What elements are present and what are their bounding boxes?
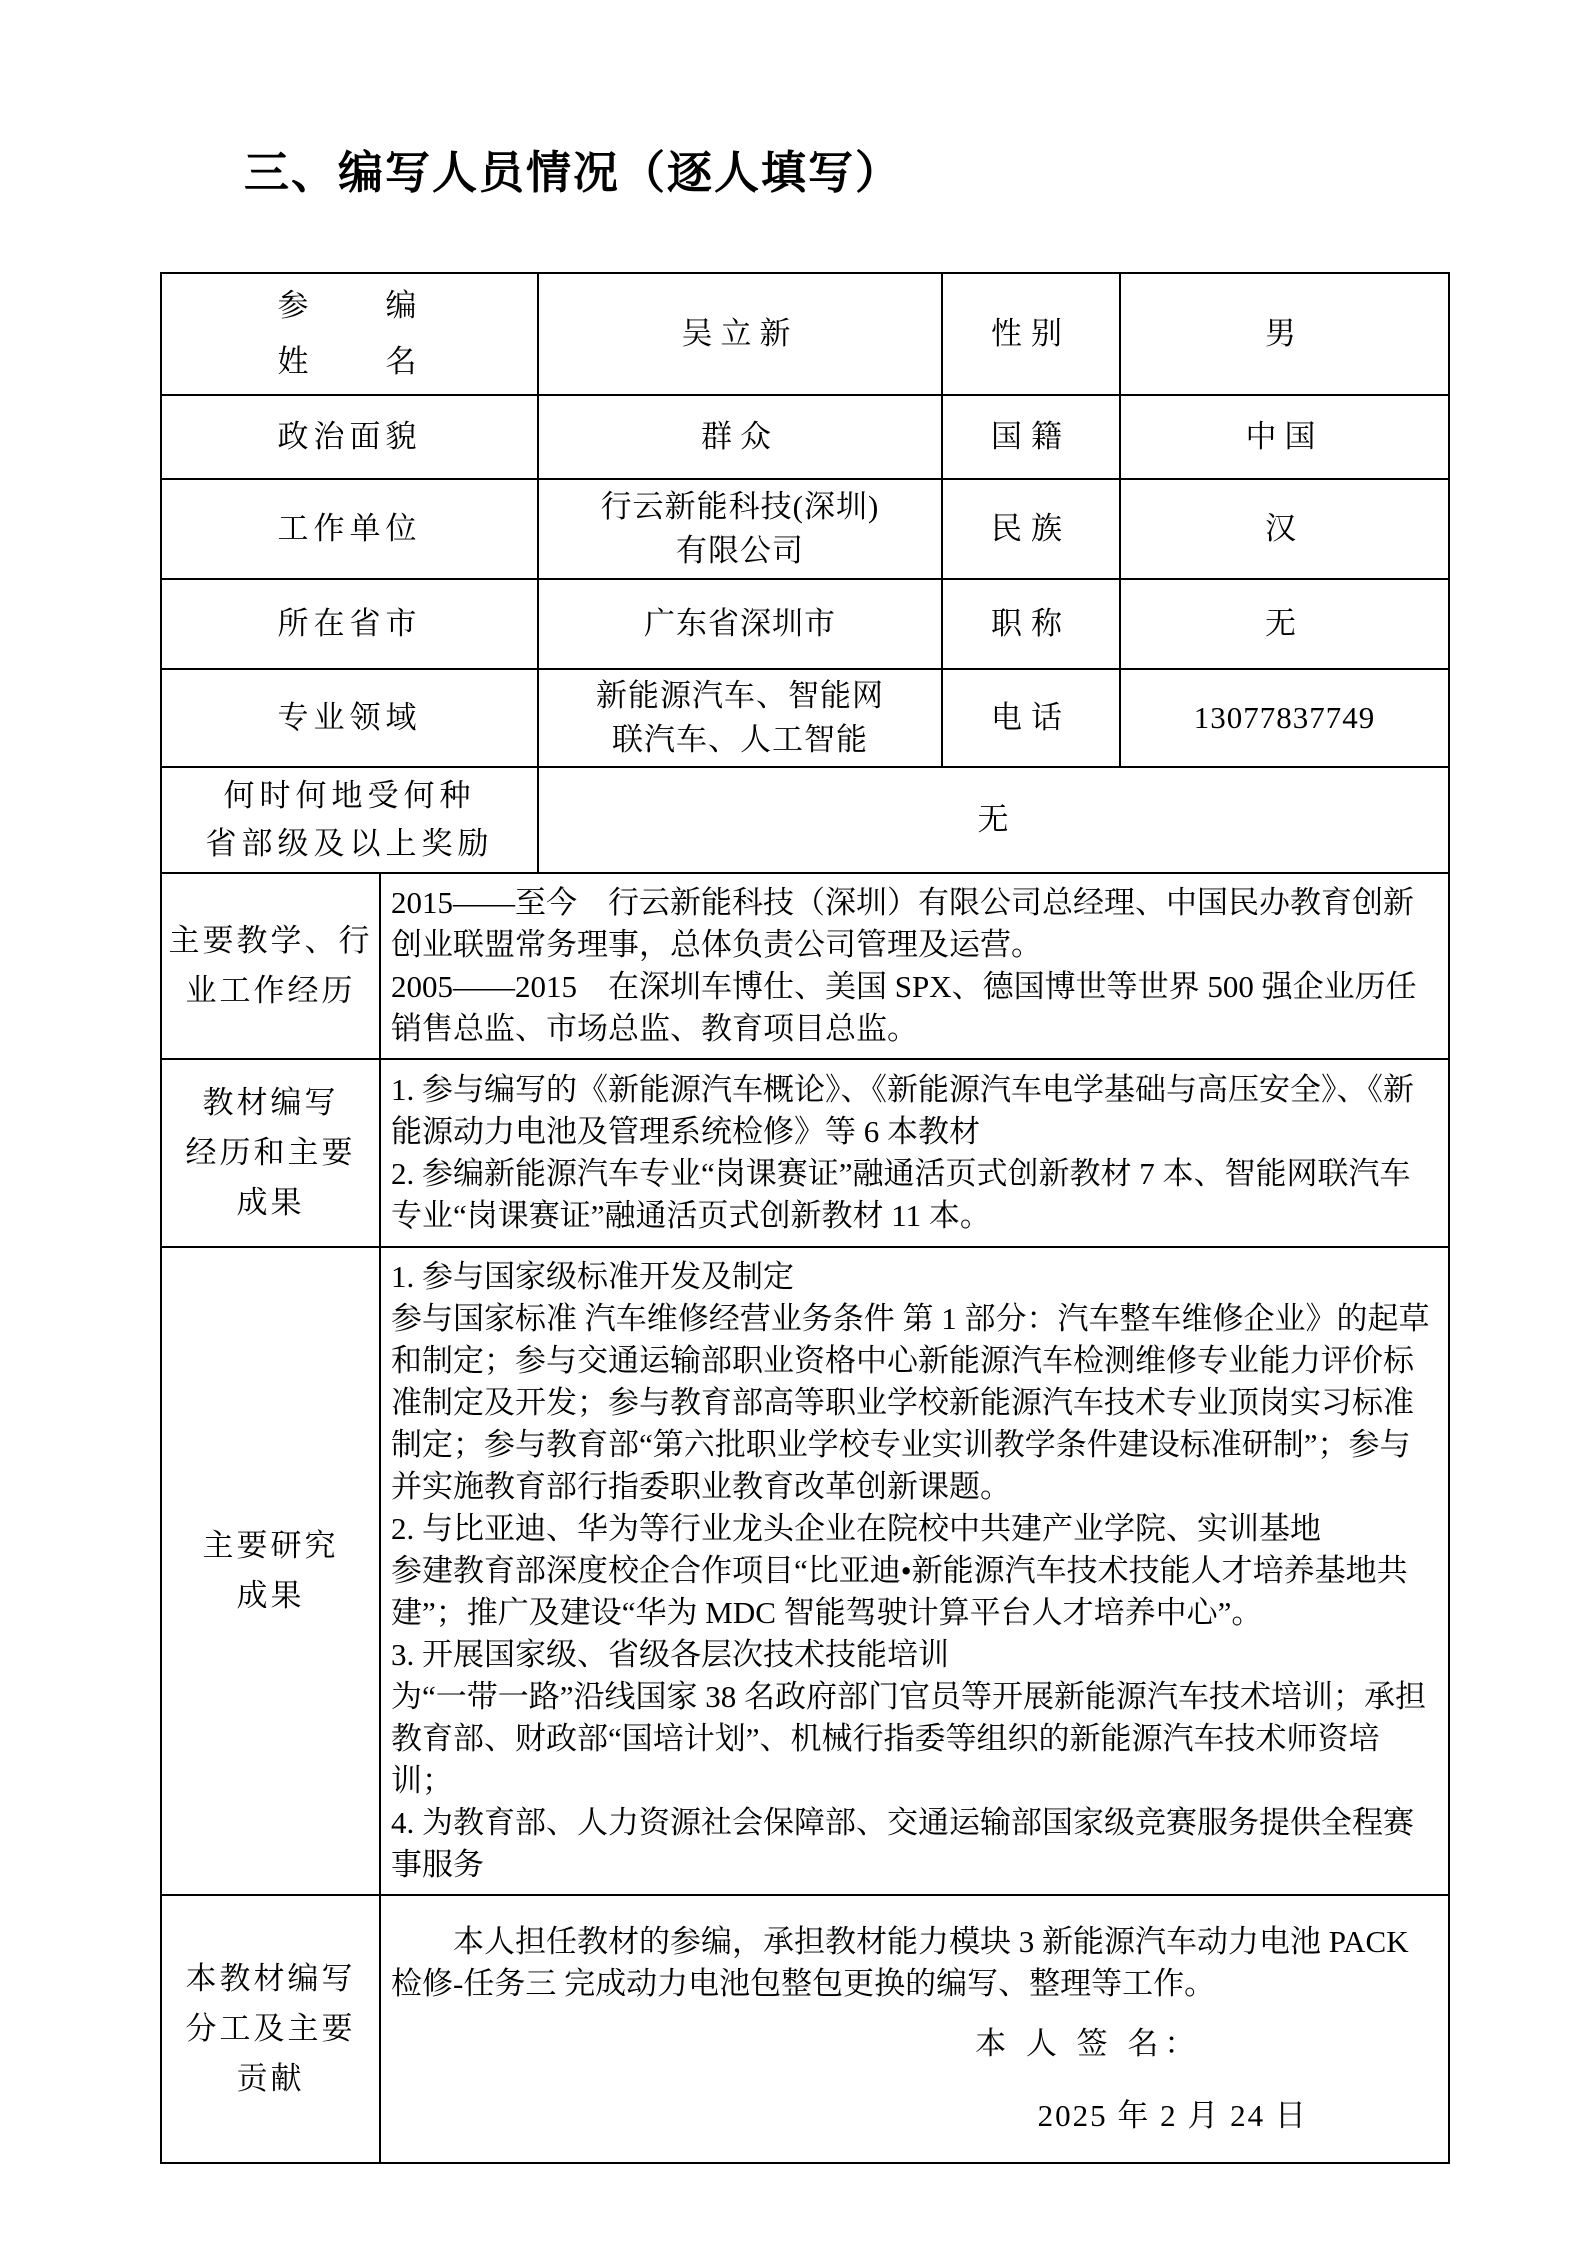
name-label: 参 编 姓 名 [161,273,538,395]
teaching-paragraph-2: 2005——2015 在深圳车博仕、美国 SPX、德国博世等世界 500 强企业… [391,966,1434,1050]
signature-label: 本 人 签 名： [975,2023,1434,2065]
nationality-value: 中国 [1120,395,1449,479]
ethnicity-value: 汉 [1120,479,1449,579]
contribution-label-line1: 本教材编写 [164,1954,377,2004]
gender-label: 性别 [942,273,1120,395]
textbook-experience-content: 1. 参与编写的《新能源汽车概论》、《新能源汽车电学基础与高压安全》、《新能源动… [380,1059,1449,1247]
document-page: 三、编写人员情况（逐人填写） 参 编 姓 名 吴立新 性别 男 政治面貌 群众 … [0,0,1587,2245]
research-paragraph-3: 2. 与比亚迪、华为等行业龙头企业在院校中共建产业学院、实训基地 [391,1508,1434,1550]
contribution-paragraph-1: 本人担任教材的参编，承担教材能力模块 3 新能源汽车动力电池 PACK 检修-任… [391,1921,1434,2005]
contribution-label: 本教材编写 分工及主要 贡献 [161,1895,380,2163]
textbook-experience-label-line1: 教材编写 [164,1078,377,1128]
work-unit-label: 工作单位 [161,479,538,579]
row-teaching-experience: 主要教学、行 业工作经历 2015——至今 行云新能科技（深圳）有限公司总经理、… [161,873,1449,1059]
ethnicity-label: 民族 [942,479,1120,579]
awards-label: 何时何地受何种 省部级及以上奖励 [161,767,538,873]
research-paragraph-1: 1. 参与国家级标准开发及制定 [391,1256,1434,1298]
page-title: 三、编写人员情况（逐人填写） [244,0,1587,200]
textbook-experience-label-line2: 经历和主要 [164,1128,377,1178]
research-paragraph-7: 4. 为教育部、人力资源社会保障部、交通运输部国家级竞赛服务提供全程赛事服务 [391,1802,1434,1886]
signature-date: 2025 年 2 月 24 日 [1038,2095,1434,2137]
textbook-paragraph-1: 1. 参与编写的《新能源汽车概论》、《新能源汽车电学基础与高压安全》、《新能源动… [391,1069,1434,1153]
contribution-label-line3: 贡献 [164,2054,377,2104]
phone-value: 13077837749 [1120,669,1449,767]
textbook-paragraph-2: 2. 参编新能源汽车专业“岗课赛证”融通活页式创新教材 7 本、智能网联汽车专业… [391,1153,1434,1237]
contribution-content: 本人担任教材的参编，承担教材能力模块 3 新能源汽车动力电池 PACK 检修-任… [380,1895,1449,2163]
author-info-table-details: 主要教学、行 业工作经历 2015——至今 行云新能科技（深圳）有限公司总经理、… [160,872,1450,2164]
row-contribution: 本教材编写 分工及主要 贡献 本人担任教材的参编，承担教材能力模块 3 新能源汽… [161,1895,1449,2163]
name-value: 吴立新 [538,273,942,395]
row-name-gender: 参 编 姓 名 吴立新 性别 男 [161,273,1449,395]
work-unit-value-line2: 有限公司 [547,529,933,573]
research-achievements-label-line1: 主要研究 [164,1521,377,1571]
research-paragraph-4: 参建教育部深度校企合作项目“比亚迪•新能源汽车技术技能人才培养基地共建”；推广及… [391,1550,1434,1634]
teaching-experience-content: 2015——至今 行云新能科技（深圳）有限公司总经理、中国民办教育创新创业联盟常… [380,873,1449,1059]
research-achievements-content: 1. 参与国家级标准开发及制定 参与国家标准 汽车维修经营业务条件 第 1 部分… [380,1247,1449,1895]
specialty-field-label: 专业领域 [161,669,538,767]
contribution-label-line2: 分工及主要 [164,2004,377,2054]
row-awards: 何时何地受何种 省部级及以上奖励 无 [161,767,1449,873]
awards-label-line1: 何时何地受何种 [170,772,529,820]
political-status-label: 政治面貌 [161,395,538,479]
row-textbook-experience: 教材编写 经历和主要 成果 1. 参与编写的《新能源汽车概论》、《新能源汽车电学… [161,1059,1449,1247]
name-label-line1: 参 编 [170,278,529,334]
political-status-value: 群众 [538,395,942,479]
research-paragraph-6: 为“一带一路”沿线国家 38 名政府部门官员等开展新能源汽车技术培训；承担教育部… [391,1676,1434,1802]
work-unit-value-line1: 行云新能科技(深圳) [547,485,933,529]
specialty-field-value-line2: 联汽车、人工智能 [547,718,933,762]
gender-value: 男 [1120,273,1449,395]
professional-title-value: 无 [1120,579,1449,669]
row-city-title: 所在省市 广东省深圳市 职称 无 [161,579,1449,669]
awards-value: 无 [538,767,1449,873]
author-info-table-basic: 参 编 姓 名 吴立新 性别 男 政治面貌 群众 国籍 中国 工作单位 行云新能… [160,272,1450,874]
research-paragraph-5: 3. 开展国家级、省级各层次技术技能培训 [391,1634,1434,1676]
work-unit-value: 行云新能科技(深圳) 有限公司 [538,479,942,579]
specialty-field-value-line1: 新能源汽车、智能网 [547,674,933,718]
row-research-achievements: 主要研究 成果 1. 参与国家级标准开发及制定 参与国家标准 汽车维修经营业务条… [161,1247,1449,1895]
research-achievements-label: 主要研究 成果 [161,1247,380,1895]
row-workunit-ethnicity: 工作单位 行云新能科技(深圳) 有限公司 民族 汉 [161,479,1449,579]
province-city-label: 所在省市 [161,579,538,669]
province-city-value: 广东省深圳市 [538,579,942,669]
name-label-line2: 姓 名 [170,334,529,390]
textbook-experience-label-line3: 成果 [164,1178,377,1228]
textbook-experience-label: 教材编写 经历和主要 成果 [161,1059,380,1247]
teaching-paragraph-1: 2015——至今 行云新能科技（深圳）有限公司总经理、中国民办教育创新创业联盟常… [391,882,1434,966]
awards-label-line2: 省部级及以上奖励 [170,820,529,868]
nationality-label: 国籍 [942,395,1120,479]
research-paragraph-2: 参与国家标准 汽车维修经营业务条件 第 1 部分：汽车整车维修企业》的起草和制定… [391,1298,1434,1508]
professional-title-label: 职称 [942,579,1120,669]
specialty-field-value: 新能源汽车、智能网 联汽车、人工智能 [538,669,942,767]
teaching-experience-label-line2: 业工作经历 [164,966,377,1016]
research-achievements-label-line2: 成果 [164,1571,377,1621]
row-specialty-phone: 专业领域 新能源汽车、智能网 联汽车、人工智能 电话 13077837749 [161,669,1449,767]
row-political-nationality: 政治面貌 群众 国籍 中国 [161,395,1449,479]
teaching-experience-label: 主要教学、行 业工作经历 [161,873,380,1059]
teaching-experience-label-line1: 主要教学、行 [164,916,377,966]
phone-label: 电话 [942,669,1120,767]
